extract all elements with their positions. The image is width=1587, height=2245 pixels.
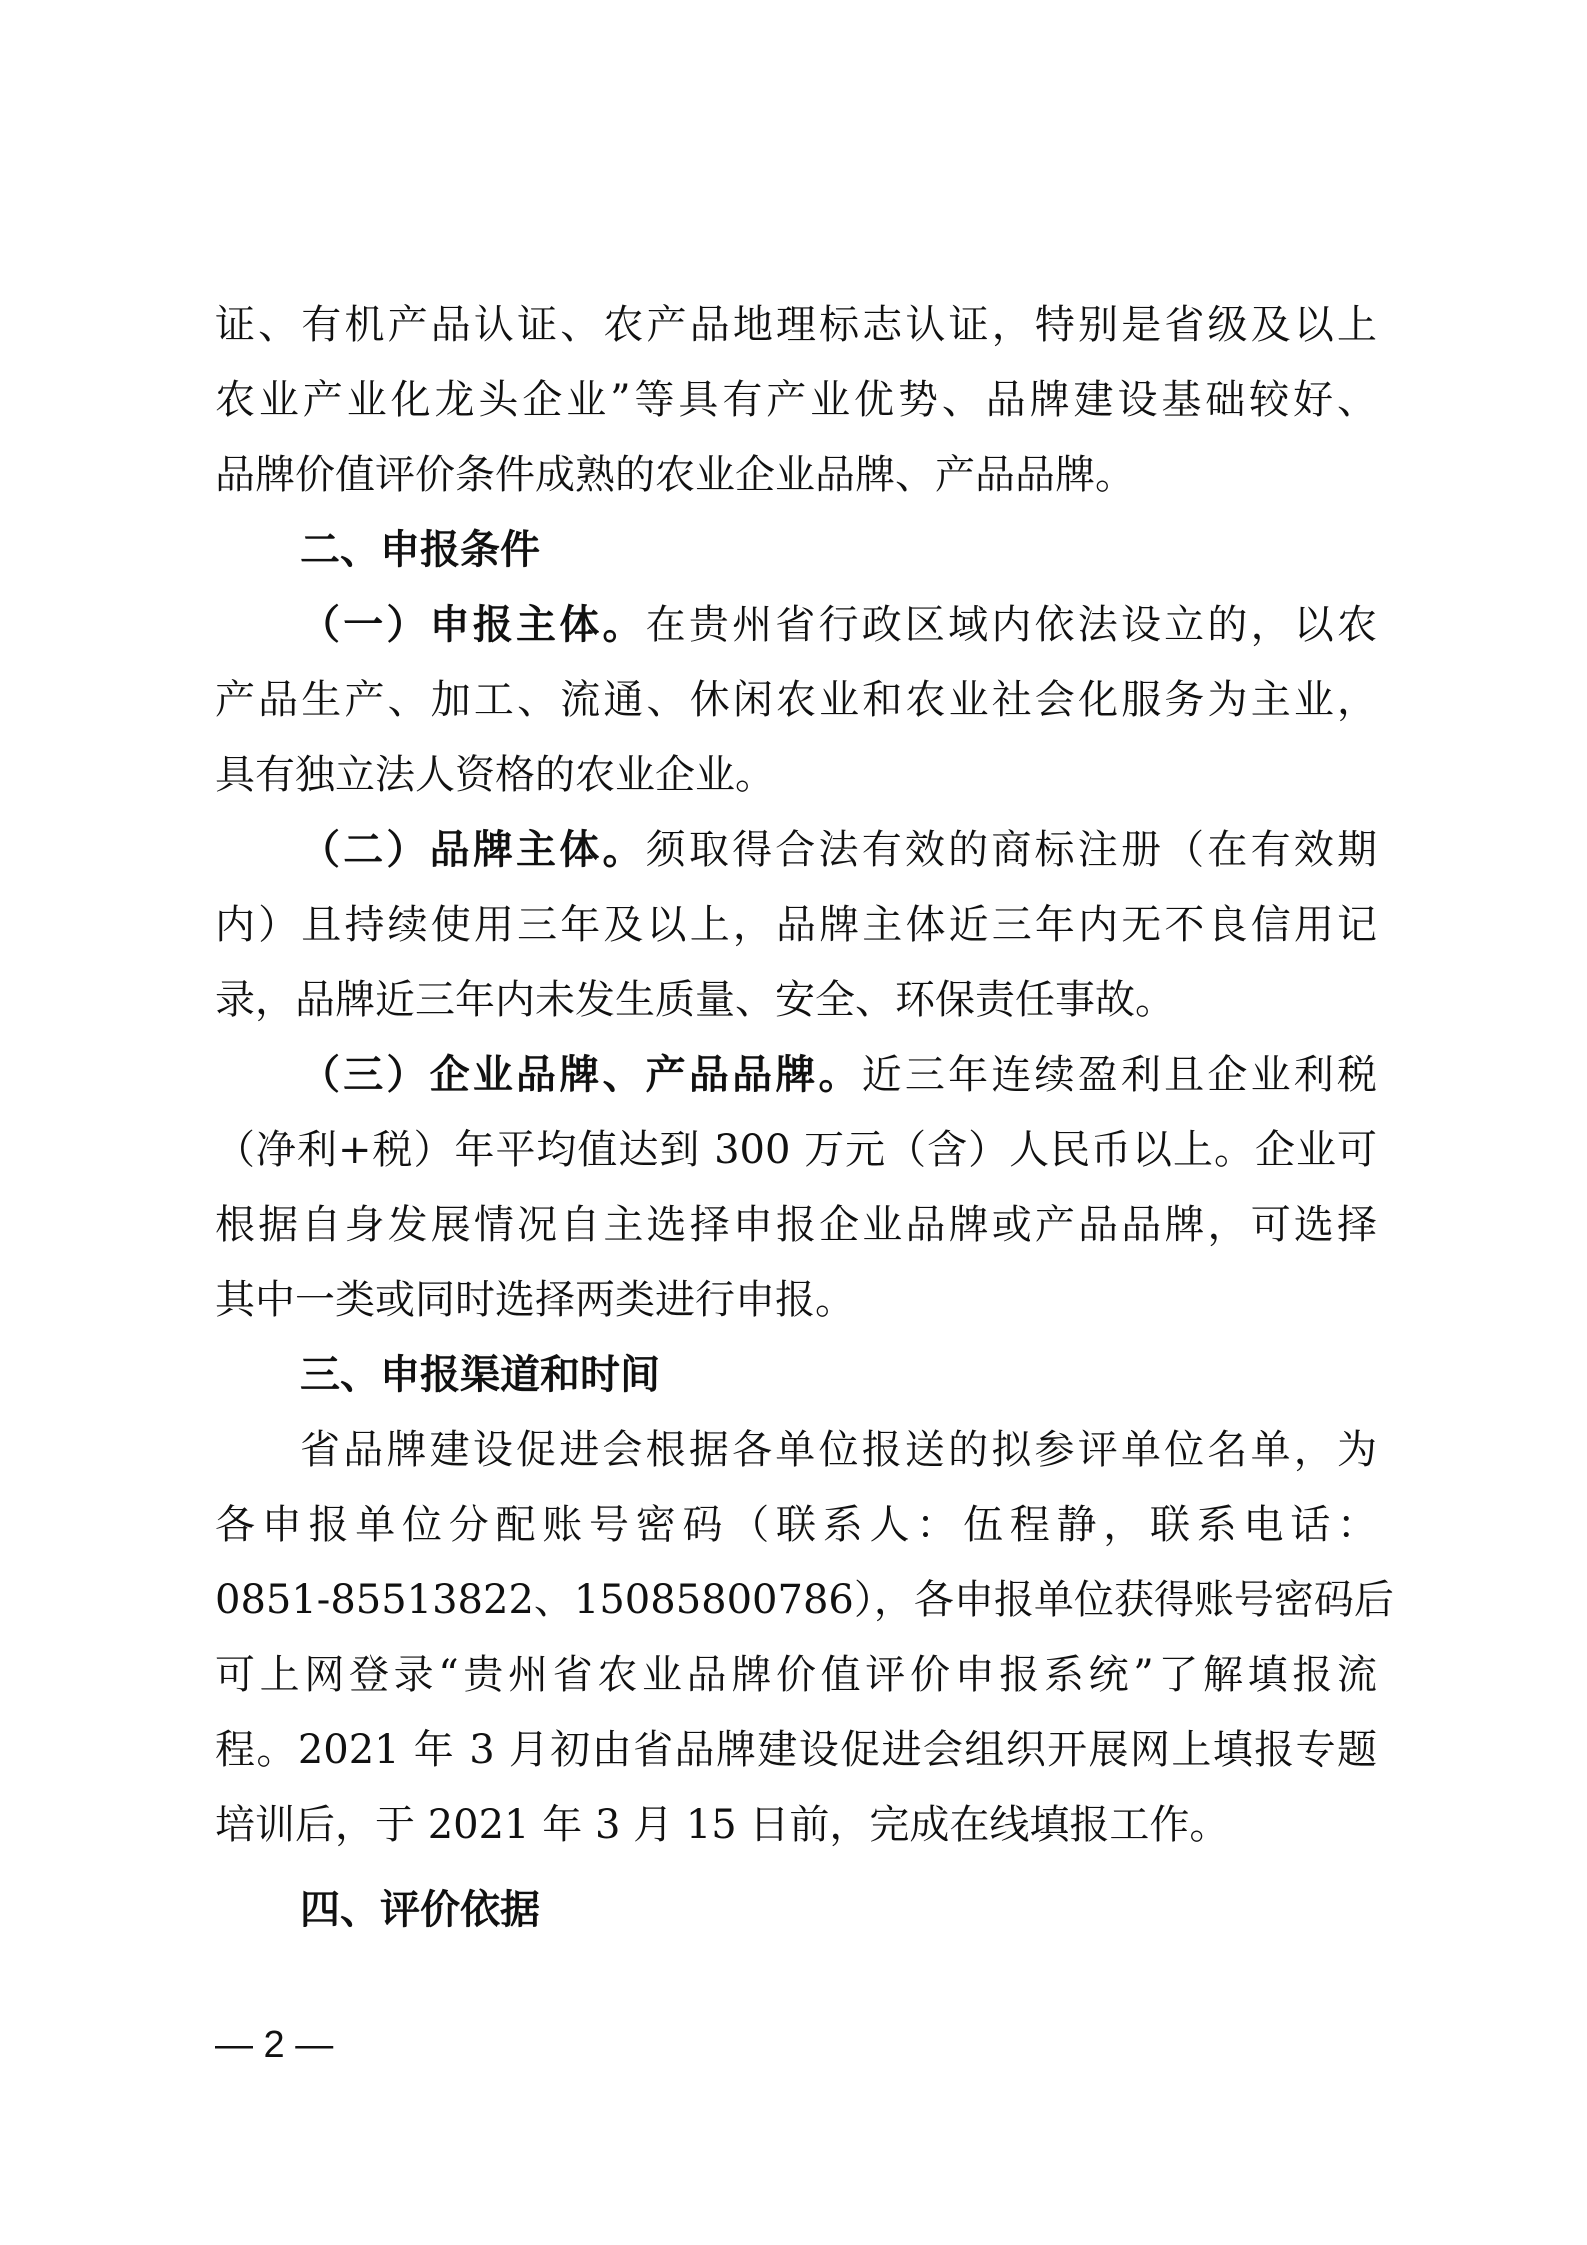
- item-3-first-line: （三）企业品牌、产品品牌。近三年连续盈利且企业利税: [300, 1045, 1377, 1105]
- item-1-lead: （一）申报主体。: [300, 602, 646, 648]
- paragraph-line: （净利+税）年平均值达到 300 万元（含）人民币以上。企业可: [215, 1120, 1377, 1180]
- paragraph-line: 具有独立法人资格的农业企业。: [215, 745, 1377, 805]
- item-1-text: 在贵州省行政区域内依法设立的，以农: [646, 602, 1377, 648]
- paragraph-line: 程。2021 年 3 月初由省品牌建设促进会组织开展网上填报专题: [215, 1720, 1377, 1780]
- document-page: 证、有机产品认证、农产品地理标志认证，特别是省级及以上 农业产业化龙头企业”等具…: [0, 0, 1587, 2245]
- paragraph-line: 农业产业化龙头企业”等具有产业优势、品牌建设基础较好、: [215, 370, 1377, 430]
- paragraph-line: 0851-85513822、15085800786），各申报单位获得账号密码后: [215, 1570, 1377, 1630]
- paragraph-line: 品牌价值评价条件成熟的农业企业品牌、产品品牌。: [215, 445, 1377, 505]
- paragraph-line: 内）且持续使用三年及以上，品牌主体近三年内无不良信用记: [215, 895, 1377, 955]
- paragraph-line: 录，品牌近三年内未发生质量、安全、环保责任事故。: [215, 970, 1377, 1030]
- item-2-text: 须取得合法有效的商标注册（在有效期: [646, 827, 1377, 873]
- item-2-first-line: （二）品牌主体。须取得合法有效的商标注册（在有效期: [300, 820, 1377, 880]
- item-1-first-line: （一）申报主体。在贵州省行政区域内依法设立的，以农: [300, 595, 1377, 655]
- paragraph-line: 其中一类或同时选择两类进行申报。: [215, 1270, 1377, 1330]
- section-heading-3: 三、申报渠道和时间: [300, 1345, 1377, 1405]
- item-3-text: 近三年连续盈利且企业利税: [862, 1052, 1377, 1098]
- paragraph-line: 各申报单位分配账号密码（联系人：伍程静，联系电话：: [215, 1495, 1377, 1555]
- item-2-lead: （二）品牌主体。: [300, 827, 646, 873]
- item-3-lead: （三）企业品牌、产品品牌。: [300, 1052, 862, 1098]
- section-heading-4: 四、评价依据: [300, 1880, 1377, 1940]
- paragraph-line: 可上网登录“贵州省农业品牌价值评价申报系统”了解填报流: [215, 1645, 1377, 1705]
- page-number: — 2 —: [215, 2020, 333, 2070]
- paragraph-line: 培训后，于 2021 年 3 月 15 日前，完成在线填报工作。: [215, 1795, 1377, 1855]
- paragraph-line: 产品生产、加工、流通、休闲农业和农业社会化服务为主业，: [215, 670, 1377, 730]
- paragraph-line: 证、有机产品认证、农产品地理标志认证，特别是省级及以上: [215, 295, 1377, 355]
- section-heading-2: 二、申报条件: [300, 520, 1377, 580]
- paragraph-line: 省品牌建设促进会根据各单位报送的拟参评单位名单，为: [300, 1420, 1377, 1480]
- paragraph-line: 根据自身发展情况自主选择申报企业品牌或产品品牌，可选择: [215, 1195, 1377, 1255]
